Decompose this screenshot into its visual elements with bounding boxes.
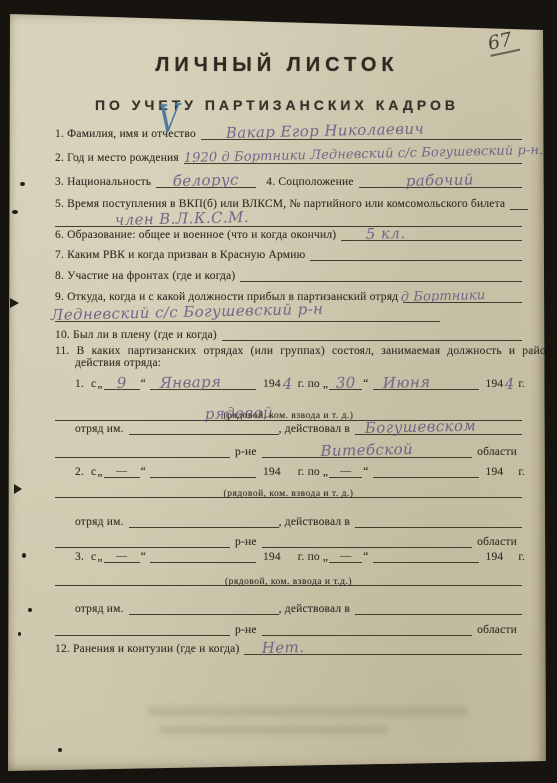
service-entry-3-unit-row: отряд им. , действовал в — [75, 601, 522, 615]
to-prefix: г. по — [296, 378, 322, 390]
field-wounds-row: 12. Ранения и контузии (где и когда) Нет… — [55, 641, 522, 655]
field-education-line: 5 кл. — [341, 227, 522, 241]
from-day-line: — — [104, 549, 140, 563]
service-entry-1-date-row: 1. с „ 9 “ Января 194 4 г. по „ 30 “ Июн… — [75, 376, 522, 390]
field-education-row: 6. Образование: общее и военное (что и к… — [55, 227, 522, 241]
quote-open: „ — [96, 378, 103, 390]
field-arrival-continuation-row: Ледневский с/с Богушевский р-н — [55, 308, 440, 322]
to-day-value: — — [329, 465, 362, 477]
field-wounds-line: Нет. — [244, 641, 522, 655]
field-birth-row: 2. Год и место рождения 1920 д Бортники … — [55, 150, 522, 164]
from-year-line — [283, 550, 294, 563]
to-month-line — [373, 464, 479, 478]
form-subtitle: ПО УЧЕТУ ПАРТИЗАНСКИХ КАДРОВ — [8, 97, 546, 113]
year-base: 194 — [259, 466, 283, 478]
field-surname-line: Вакар Егор Николаевич — [201, 126, 522, 140]
field-social-label: 4. Соцположение — [256, 176, 358, 188]
service-entry-2-region-row: р-не области — [55, 534, 522, 548]
field-nationality-label: 3. Национальность — [55, 176, 156, 188]
service-entry-2-date-row: 2. с „ — “ 194 г. по „ — “ 194 г. — [75, 464, 522, 478]
unit-label: отряд им. — [75, 423, 129, 435]
region-line: Витебской — [262, 444, 473, 458]
ink-bleed-smudge — [148, 707, 468, 716]
field-fronts-line — [240, 268, 522, 282]
to-prefix: г. по — [296, 551, 322, 563]
field-education-value: 5 кл. — [366, 224, 406, 243]
region-value: Витебской — [320, 440, 413, 460]
region-line — [262, 534, 473, 548]
field-units-heading-line1: 11. В каких партизанских отрядах (или гр… — [55, 345, 522, 357]
to-month-value: Июня — [382, 373, 430, 392]
field-nationality-row: 3. Национальность белорус 4. Соцположени… — [55, 174, 522, 188]
field-party-line-stub — [510, 196, 528, 210]
year-base: 194 — [259, 551, 283, 563]
from-day-line: 9 — [104, 376, 140, 390]
field-surname-value: Вакар Егор Николаевич — [226, 120, 425, 142]
acted-line: Богушевском — [355, 421, 522, 435]
paper-tear-mark — [14, 484, 22, 494]
to-day-value: 30 — [335, 374, 355, 392]
quote-open: „ — [96, 466, 103, 478]
district-label: р-не — [230, 624, 262, 636]
field-rvk-label: 7. Каким РВК и когда призван в Красную А… — [55, 249, 310, 261]
scanned-document-page: { "document": { "page_number": "67", "ch… — [0, 0, 557, 783]
paper-tear-mark — [10, 298, 19, 308]
district-line — [55, 444, 230, 458]
acted-value: Богушевском — [365, 416, 477, 437]
district-line — [55, 534, 230, 548]
region-label: области — [472, 536, 522, 548]
service-entry-1-region-row: р-не Витебской области — [55, 444, 522, 458]
unit-name-line — [129, 514, 279, 528]
quote-close: “ — [140, 378, 147, 390]
paper-speck — [18, 632, 21, 636]
form-paper-sheet: 67 ЛИЧНЫЙ ЛИСТОК ПО УЧЕТУ ПАРТИЗАНСКИХ К… — [8, 10, 546, 773]
district-line — [55, 622, 230, 636]
field-education-label: 6. Образование: общее и военное (что и к… — [55, 229, 341, 241]
from-day-value: — — [104, 550, 140, 562]
field-social-value: рабочий — [406, 170, 475, 190]
field-arrival-value2: Ледневский с/с Богушевский р-н — [51, 300, 324, 324]
paper-speck — [12, 210, 18, 214]
year-base: 194 — [259, 378, 283, 390]
paper-speck — [28, 608, 32, 612]
quote-open: „ — [322, 551, 329, 563]
form-title: ЛИЧНЫЙ ЛИСТОК — [8, 54, 546, 77]
year-base: 194 — [482, 378, 506, 390]
entry-index: 1. — [75, 378, 91, 390]
from-day-line: — — [104, 464, 140, 478]
field-party-label: 5. Время поступления в ВКП(б) или ВЛКСМ,… — [55, 198, 510, 210]
field-nationality-value: белорус — [173, 171, 240, 190]
service-entry-3-date-row: 3. с „ — “ 194 г. по „ — “ 194 г. — [75, 549, 522, 563]
paper-speck — [58, 748, 62, 752]
from-year-line — [283, 465, 294, 478]
year-unit: г. — [518, 551, 525, 563]
position-caption: (рядовой, ком. взвода и т.д.) — [55, 577, 522, 587]
acted-line — [355, 514, 522, 528]
field-captivity-line — [222, 327, 522, 341]
field-birth-line: 1920 д Бортники Ледневский с/с Богушевск… — [184, 150, 522, 164]
field-surname-row: 1. Фамилия, имя и отчество Вакар Егор Ни… — [55, 126, 522, 140]
from-month-value: Января — [160, 373, 222, 392]
to-day-line: — — [329, 549, 362, 563]
position-caption: (рядовой, ком. взвода и т. д.) — [55, 489, 522, 499]
acted-label: , действовал в — [279, 603, 355, 615]
region-label: области — [472, 446, 522, 458]
to-year-line — [505, 550, 516, 563]
from-year-line: 4 — [283, 377, 294, 390]
field-social-line: рабочий — [359, 174, 522, 188]
field-birth-value: 1920 д Бортники Ледневский с/с Богушевск… — [184, 143, 544, 166]
year-unit: г. — [518, 466, 525, 478]
quote-close: “ — [140, 551, 147, 563]
from-month-line — [150, 464, 256, 478]
service-entry-3-region-row: р-не области — [55, 622, 522, 636]
field-captivity-row: 10. Был ли в плену (где и когда) — [55, 327, 522, 341]
field-rvk-row: 7. Каким РВК и когда призван в Красную А… — [55, 247, 522, 261]
quote-open: „ — [96, 551, 103, 563]
to-year-line — [505, 465, 516, 478]
quote-close: “ — [362, 378, 369, 390]
unit-name-line — [129, 601, 279, 615]
unit-name-line — [129, 421, 279, 435]
unit-label: отряд им. — [75, 516, 129, 528]
from-day-value: 9 — [116, 374, 126, 392]
quote-close: “ — [362, 466, 369, 478]
quote-close: “ — [140, 466, 147, 478]
paper-speck — [20, 182, 25, 186]
field-party-continuation-row: член В.Л.К.С.М. — [55, 213, 522, 227]
ink-bleed-smudge — [158, 726, 388, 734]
quote-open: „ — [322, 378, 329, 390]
region-line — [262, 622, 473, 636]
from-year-value: 4 — [282, 375, 292, 393]
entry-index: 2. — [75, 466, 91, 478]
from-month-line: Января — [150, 376, 256, 390]
field-units-heading-text1: 11. В каких партизанских отрядах (или гр… — [55, 345, 552, 357]
field-rvk-line — [310, 247, 522, 261]
field-surname-label: 1. Фамилия, имя и отчество — [55, 128, 201, 140]
service-entry-1-unit-row: отряд им. , действовал в Богушевском — [75, 421, 522, 435]
page-number: 67 — [486, 27, 521, 57]
field-units-heading-text2: действия отряда: — [75, 357, 161, 369]
acted-label: , действовал в — [279, 516, 355, 528]
field-party-value: член В.Л.К.С.М. — [115, 208, 250, 229]
to-prefix: г. по — [296, 466, 322, 478]
district-label: р-не — [230, 536, 262, 548]
paper-speck — [284, 18, 287, 22]
acted-line — [355, 601, 522, 615]
field-nationality-line: белорус — [156, 174, 256, 188]
from-month-line — [150, 549, 256, 563]
quote-close: “ — [362, 551, 369, 563]
acted-label: , действовал в — [279, 423, 355, 435]
paper-speck — [22, 553, 26, 558]
service-entry-2-unit-row: отряд им. , действовал в — [75, 514, 522, 528]
field-units-heading-line2: действия отряда: — [75, 357, 542, 369]
year-base: 194 — [482, 466, 506, 478]
year-unit: г. — [518, 378, 525, 390]
field-party-line: член В.Л.К.С.М. — [55, 213, 522, 227]
field-captivity-label: 10. Был ли в плену (где и когда) — [55, 329, 222, 341]
entry-index: 3. — [75, 551, 91, 563]
field-wounds-value: Нет. — [262, 638, 305, 657]
field-birth-label: 2. Год и место рождения — [55, 152, 184, 164]
to-year-line: 4 — [505, 377, 516, 390]
field-wounds-label: 12. Ранения и контузии (где и когда) — [55, 643, 244, 655]
to-year-value: 4 — [505, 375, 515, 393]
district-label: р-не — [230, 446, 262, 458]
to-day-line: 30 — [329, 376, 362, 390]
field-fronts-label: 8. Участие на фронтах (где и когда) — [55, 270, 240, 282]
region-label: области — [472, 624, 522, 636]
field-arrival-value: д Бортники — [401, 288, 486, 305]
to-month-line — [373, 549, 479, 563]
year-base: 194 — [482, 551, 506, 563]
quote-open: „ — [322, 466, 329, 478]
to-day-value: — — [329, 550, 362, 562]
field-arrival-line2: Ледневский с/с Богушевский р-н — [55, 308, 440, 322]
field-arrival-line: д Бортники — [403, 289, 522, 303]
field-party-row: 5. Время поступления в ВКП(б) или ВЛКСМ,… — [55, 196, 522, 210]
to-month-line: Июня — [373, 376, 479, 390]
field-fronts-row: 8. Участие на фронтах (где и когда) — [55, 268, 522, 282]
to-day-line: — — [329, 464, 362, 478]
from-day-value: — — [104, 465, 140, 477]
unit-label: отряд им. — [75, 603, 129, 615]
